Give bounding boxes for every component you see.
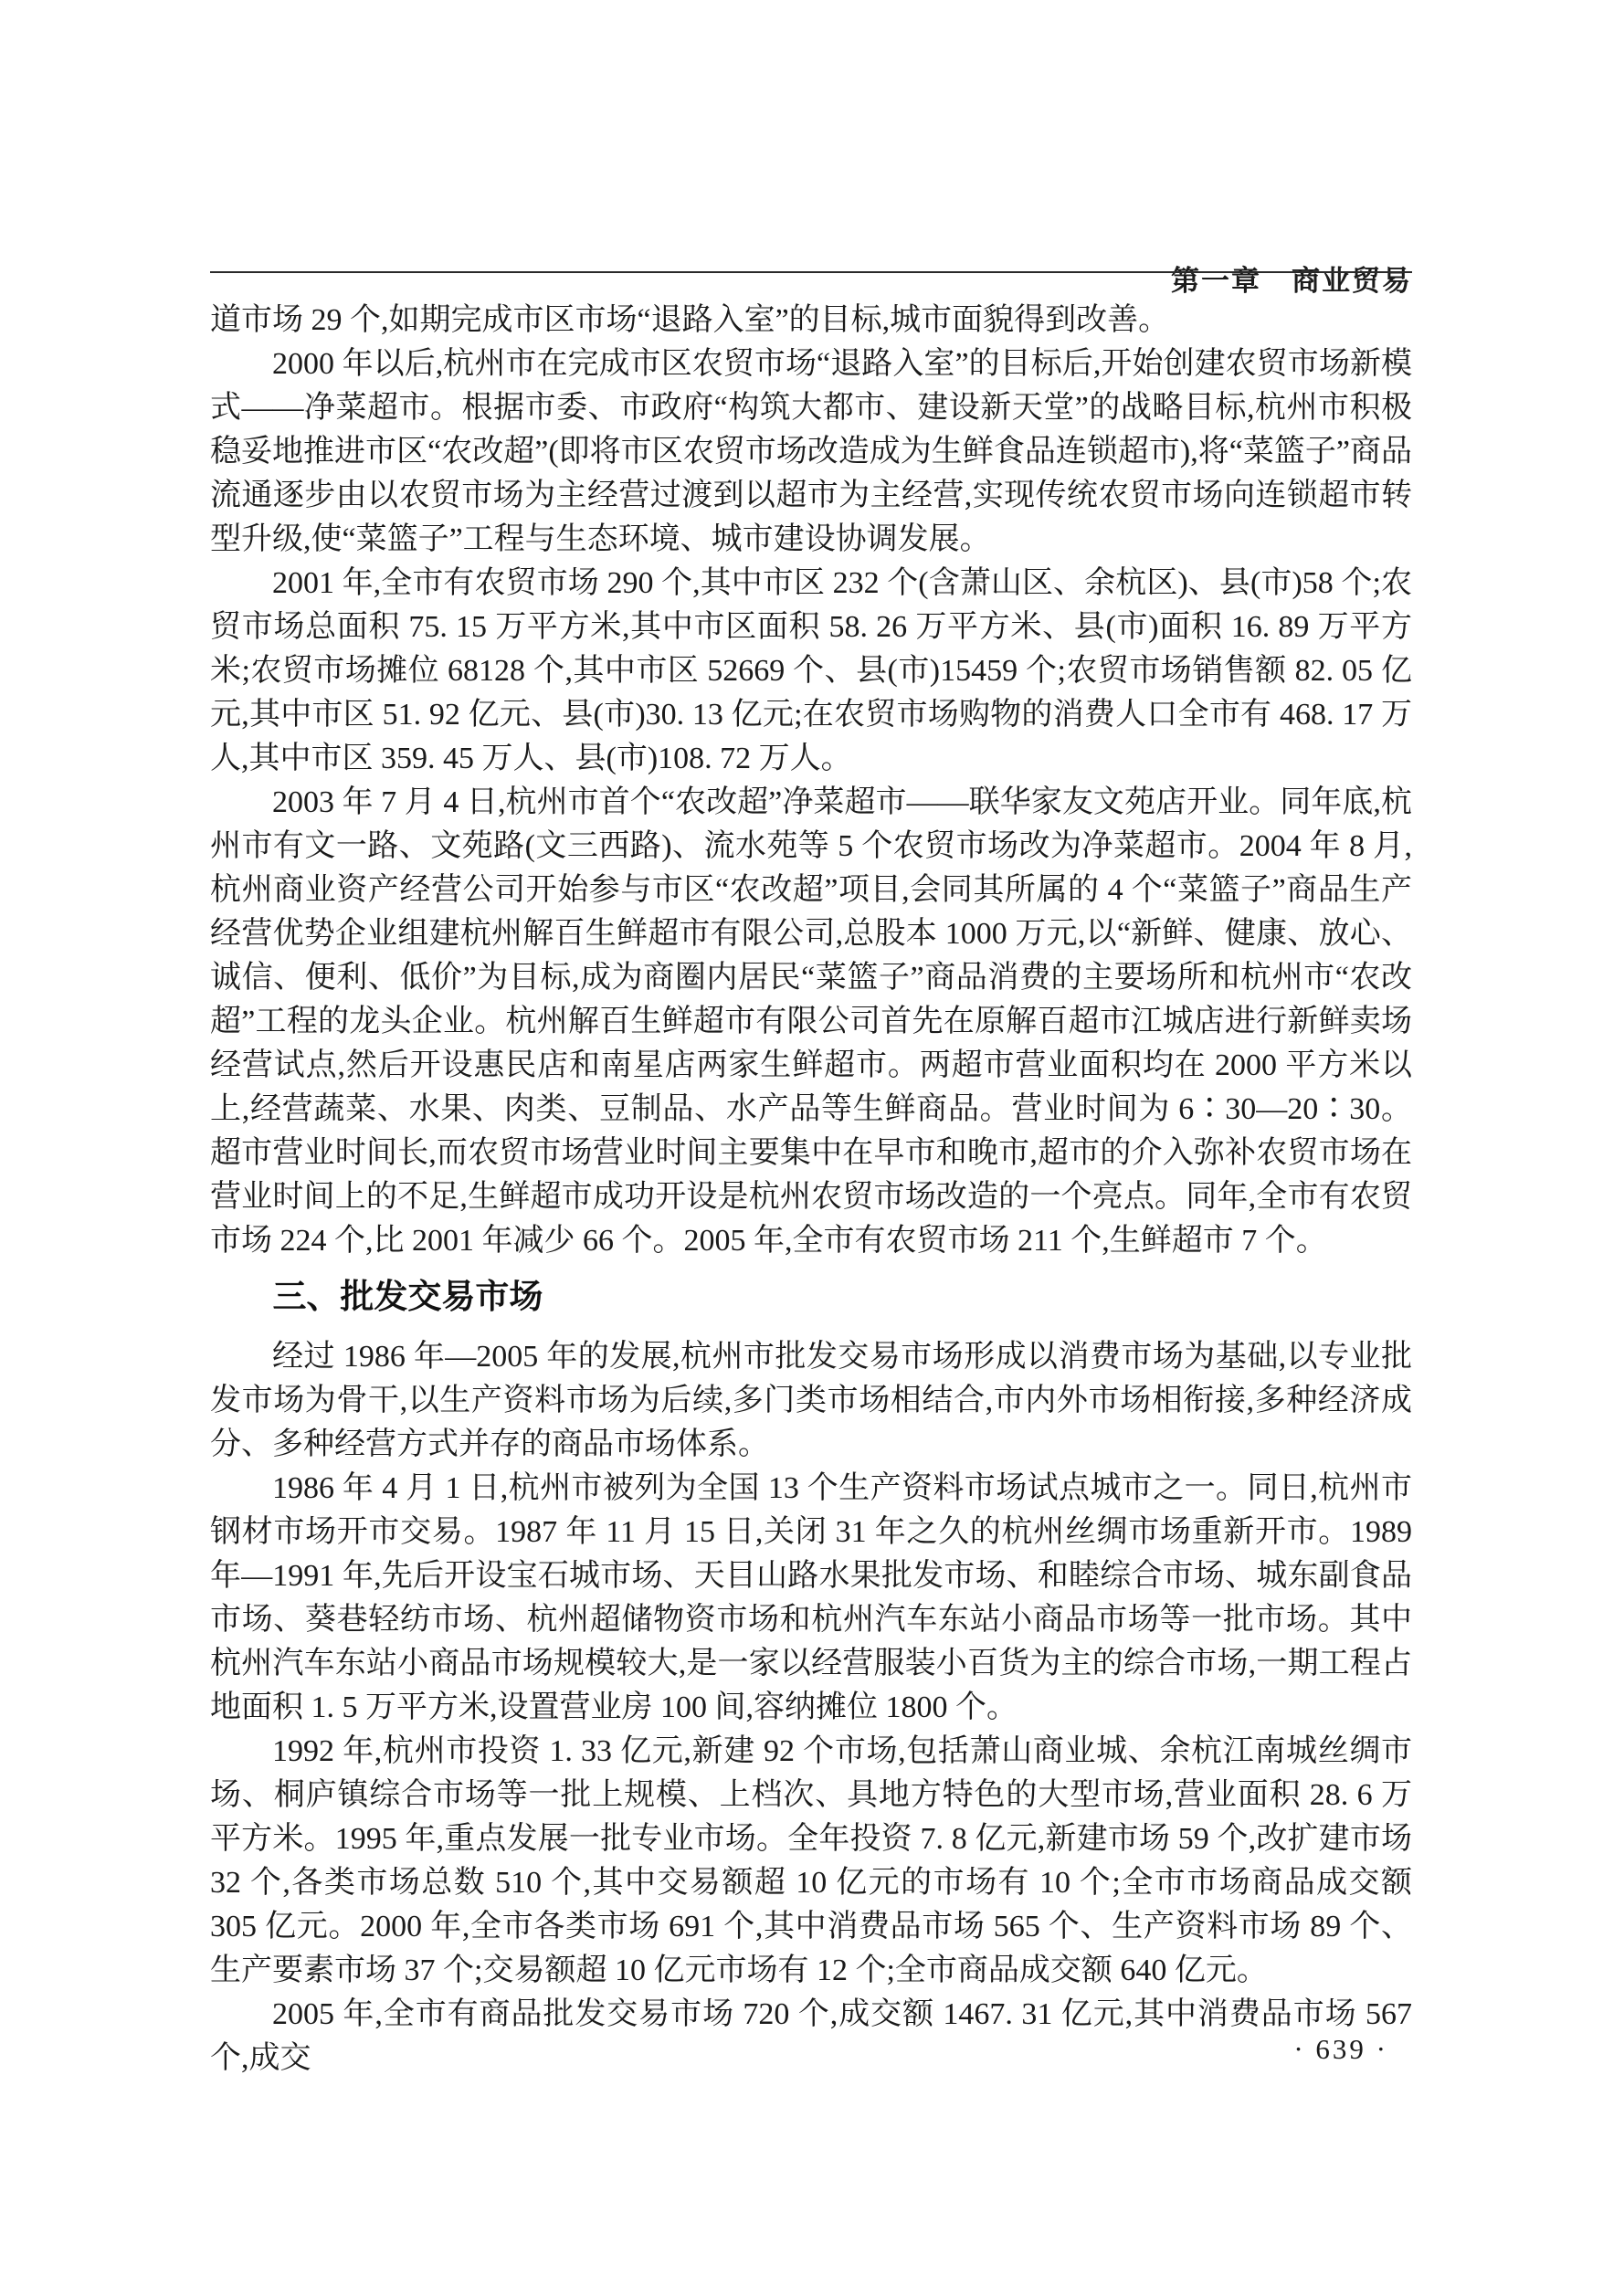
- paragraph: 2000 年以后,杭州市在完成市区农贸市场“退路入室”的目标后,开始创建农贸市场…: [210, 342, 1412, 562]
- paragraph: 2003 年 7 月 4 日,杭州市首个“农改超”净菜超市——联华家友文苑店开业…: [210, 781, 1412, 1263]
- chapter-title: 第一章 商业贸易: [1171, 265, 1412, 297]
- header-rule: [210, 271, 1412, 273]
- book-page: 第一章 商业贸易 道市场 29 个,如期完成市区市场“退路入室”的目标,城市面貌…: [0, 0, 1624, 2296]
- paragraph: 1986 年 4 月 1 日,杭州市被列为全国 13 个生产资料市场试点城市之一…: [210, 1467, 1412, 1730]
- paragraph: 1992 年,杭州市投资 1. 33 亿元,新建 92 个市场,包括萧山商业城、…: [210, 1730, 1412, 1993]
- paragraph: 2001 年,全市有农贸市场 290 个,其中市区 232 个(含萧山区、余杭区…: [210, 562, 1412, 781]
- page-number: · 639 ·: [210, 2033, 1388, 2066]
- page-body: 道市场 29 个,如期完成市区市场“退路入室”的目标,城市面貌得到改善。 200…: [210, 299, 1412, 2080]
- paragraph-continuation: 道市场 29 个,如期完成市区市场“退路入室”的目标,城市面貌得到改善。: [210, 299, 1412, 342]
- paragraph: 经过 1986 年—2005 年的发展,杭州市批发交易市场形成以消费市场为基础,…: [210, 1335, 1412, 1467]
- section-heading: 三、批发交易市场: [210, 1274, 1412, 1320]
